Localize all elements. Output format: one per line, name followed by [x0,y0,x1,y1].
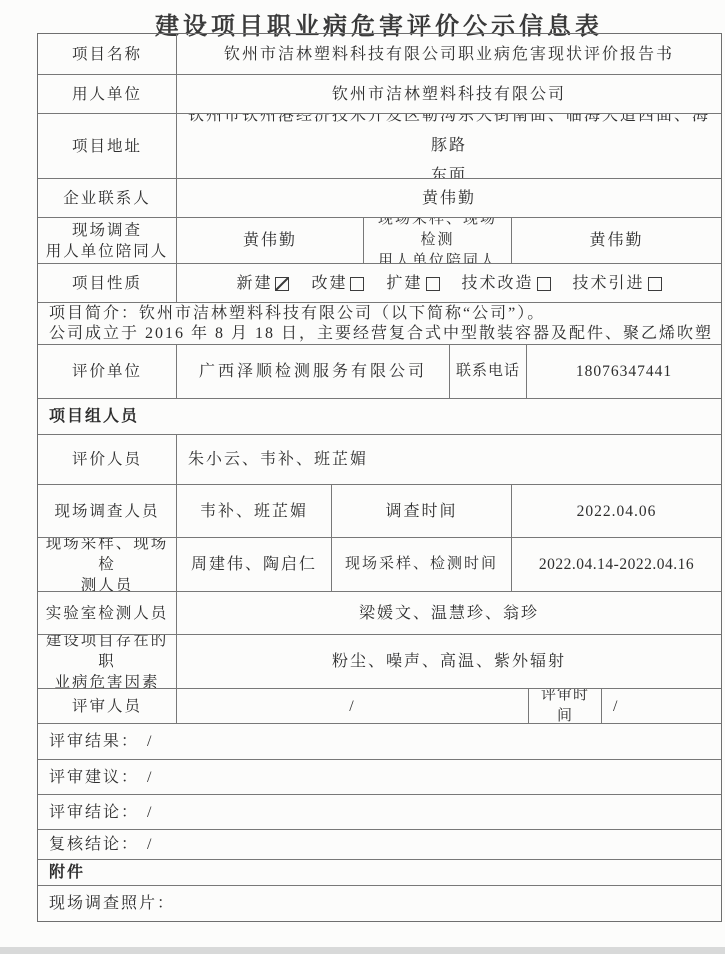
row-sampling: 现场采样、现场检 测人员 周建伟、陶启仁 现场采样、检测时间 2022.04.1… [38,537,721,591]
review-time-label: 评审时间 [528,689,601,723]
attachment-label: 附件 [38,860,721,885]
survey-escort-label: 现场调查 用人单位陪同人 [38,218,176,263]
checkbox-empty-icon [537,277,551,291]
hazards-value: 粉尘、噪声、高温、紫外辐射 [176,635,721,688]
sampling-value: 周建伟、陶启仁 [176,538,331,591]
address-value: 钦州市钦州港经济技术开发区勒沟东大街南面、临海大道西面、海豚路 东面 [176,114,721,178]
sampling-time-label: 现场采样、检测时间 [331,538,511,591]
checkbox-empty-icon [426,277,440,291]
checkbox-checked-icon [275,277,289,291]
employer-label: 用人单位 [38,75,176,113]
nature-option: 技术引进 [573,273,662,294]
address-label: 项目地址 [38,114,176,178]
project-intro-line1: 项目简介：钦州市洁林塑料科技有限公司（以下简称“公司”）。 [49,304,715,324]
sampling-time-value: 2022.04.14-2022.04.16 [511,538,721,591]
project-name-label: 项目名称 [38,34,176,74]
nature-option: 扩建 [386,273,439,294]
nature-option: 改建 [311,273,364,294]
row-review-conclusion: 评审结论： / [38,794,721,829]
row-site-photos: 现场调查照片： [38,885,721,921]
review-advice-value: / [147,767,153,788]
recheck-conclusion-value: / [147,834,153,855]
review-result-text: 评审结果： / [38,724,721,759]
review-conclusion-value: / [147,802,153,823]
phone-value: 18076347441 [526,345,721,398]
nature-option-label: 技术改造 [462,273,534,294]
recheck-conclusion-label: 复核结论： [49,834,139,855]
review-result-value: / [147,731,153,752]
row-site-survey: 现场调查人员 韦补、班芷媚 调查时间 2022.04.06 [38,484,721,537]
row-company-contact: 企业联系人 黄伟勤 [38,178,721,217]
nature-option-label: 改建 [311,273,347,294]
review-result-label: 评审结果： [49,731,139,752]
row-escorts: 现场调查 用人单位陪同人 黄伟勤 现场采样、现场检测 用人单位陪同人 黄伟勤 [38,217,721,263]
lab-value: 梁媛文、温慧珍、翁珍 [176,592,721,634]
hazards-label: 建设项目存在的职 业病危害因素 [38,635,176,688]
row-employer: 用人单位 钦州市洁林塑料科技有限公司 [38,74,721,113]
lab-label: 实验室检测人员 [38,592,176,634]
review-staff-label: 评审人员 [38,689,176,723]
row-review-result: 评审结果： / [38,723,721,759]
sampling-escort-value: 黄伟勤 [511,218,721,263]
nature-option: 新建 [236,273,289,294]
row-project-name: 项目名称 钦州市洁林塑料科技有限公司职业病危害现状评价报告书 [38,34,721,74]
row-lab: 实验室检测人员 梁媛文、温慧珍、翁珍 [38,591,721,634]
checkbox-empty-icon [648,277,662,291]
project-name-value: 钦州市洁林塑料科技有限公司职业病危害现状评价报告书 [176,34,721,74]
row-team-header: 项目组人员 [38,398,721,434]
row-evaluation-org: 评价单位 广西泽顺检测服务有限公司 联系电话 18076347441 [38,344,721,398]
team-header-label: 项目组人员 [38,399,721,434]
row-hazards: 建设项目存在的职 业病危害因素 粉尘、噪声、高温、紫外辐射 [38,634,721,688]
recheck-conclusion-text: 复核结论： / [38,830,721,859]
nature-option: 技术改造 [462,273,551,294]
site-survey-value: 韦补、班芷媚 [176,485,331,537]
row-project-nature: 项目性质 新建改建扩建技术改造技术引进 [38,263,721,302]
review-conclusion-text: 评审结论： / [38,795,721,829]
sampling-label: 现场采样、现场检 测人员 [38,538,176,591]
row-review-staff: 评审人员 / 评审时间 / [38,688,721,723]
nature-option-label: 新建 [236,273,272,294]
review-advice-label: 评审建议： [49,767,139,788]
project-nature-label: 项目性质 [38,264,176,302]
evaluators-value: 朱小云、韦补、班芷媚 [176,435,721,484]
company-contact-value: 黄伟勤 [176,179,721,217]
evaluators-label: 评价人员 [38,435,176,484]
company-contact-label: 企业联系人 [38,179,176,217]
site-survey-label: 现场调查人员 [38,485,176,537]
nature-option-label: 扩建 [386,273,422,294]
evaluation-info-table: 项目名称 钦州市洁林塑料科技有限公司职业病危害现状评价报告书 用人单位 钦州市洁… [37,33,722,922]
project-intro-line2: 公司成立于 2016 年 8 月 18 日，主要经营复合式中型散装容器及配件、聚… [49,324,715,344]
review-staff-value: / [176,689,528,723]
evaluation-org-label: 评价单位 [38,345,176,398]
survey-time-value: 2022.04.06 [511,485,721,537]
review-advice-text: 评审建议： / [38,760,721,794]
row-project-intro: 项目简介：钦州市洁林塑料科技有限公司（以下简称“公司”）。 公司成立于 2016… [38,302,721,344]
phone-label: 联系电话 [449,345,526,398]
project-nature-options: 新建改建扩建技术改造技术引进 [176,264,721,302]
review-conclusion-label: 评审结论： [49,802,139,823]
employer-value: 钦州市洁林塑料科技有限公司 [176,75,721,113]
checkbox-empty-icon [350,277,364,291]
survey-time-label: 调查时间 [331,485,511,537]
sampling-escort-label: 现场采样、现场检测 用人单位陪同人 [363,218,511,263]
evaluation-org-value: 广西泽顺检测服务有限公司 [176,345,449,398]
site-photos-label: 现场调查照片： [38,886,721,921]
row-address: 项目地址 钦州市钦州港经济技术开发区勒沟东大街南面、临海大道西面、海豚路 东面 [38,113,721,178]
scan-edge-bar [0,947,725,954]
project-intro-text: 项目简介：钦州市洁林塑料科技有限公司（以下简称“公司”）。 公司成立于 2016… [38,303,721,344]
nature-option-label: 技术引进 [573,273,645,294]
row-recheck-conclusion: 复核结论： / [38,829,721,859]
row-attachment: 附件 [38,859,721,885]
row-evaluators: 评价人员 朱小云、韦补、班芷媚 [38,434,721,484]
review-time-value: / [601,689,721,723]
survey-escort-value: 黄伟勤 [176,218,363,263]
row-review-advice: 评审建议： / [38,759,721,794]
